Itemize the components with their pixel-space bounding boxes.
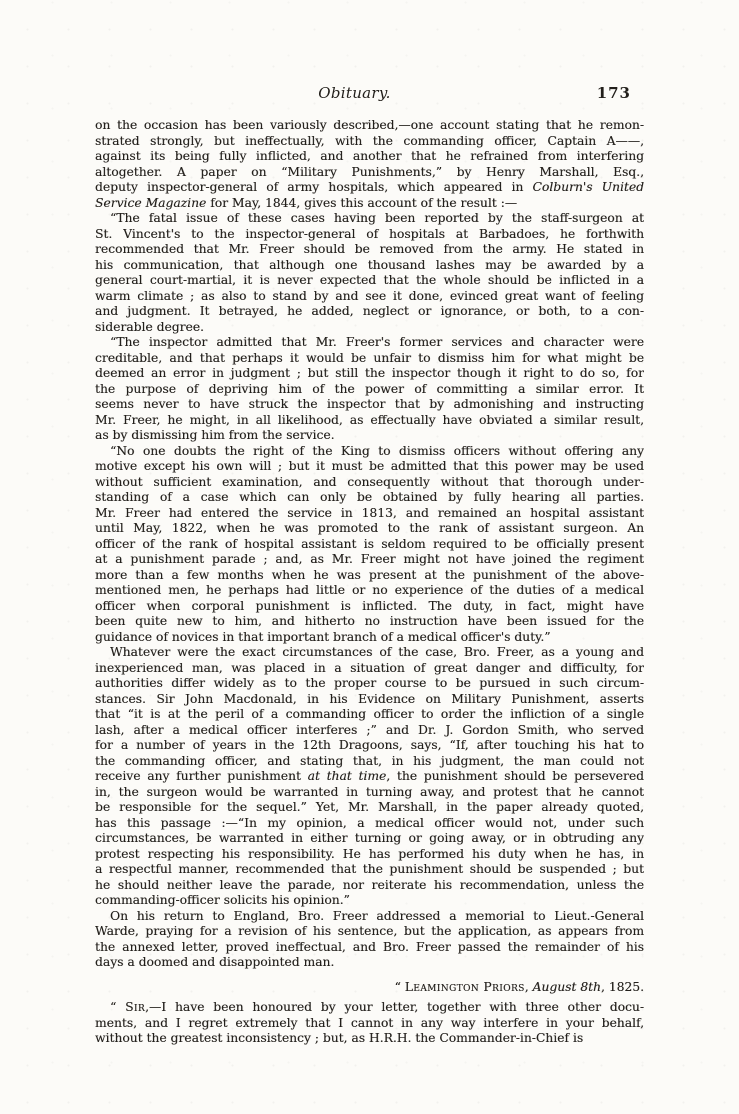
text-line: St. Vincent's to the inspector-general o… [95,227,644,243]
text-line: without the greatest inconsistency ; but… [95,1031,644,1047]
text-line: creditable, and that perhaps it would be… [95,351,644,367]
text-line: deemed an error in judgment ; but still … [95,366,644,382]
text-line: lash, after a medical officer interferes… [95,723,644,739]
text-line: ments, and I regret extremely that I can… [95,1016,644,1032]
paragraph-whatever-circumstances: Whatever were the exact circumstances of… [95,645,644,909]
text-line: “ Leamington Priors, August 8th, 1825. [95,980,644,996]
text-line: receive any further punishment at that t… [95,769,644,785]
paragraph-quote-fatal-issue: “The fatal issue of these cases having b… [95,211,644,335]
text-line: authorities differ widely as to the prop… [95,676,644,692]
text-line: recommended that Mr. Freer should be rem… [95,242,644,258]
text-line: officer of the rank of hospital assistan… [95,537,644,553]
paragraph-return-to-england: On his return to England, Bro. Freer add… [95,909,644,971]
text-line: his communication, that although one tho… [95,258,644,274]
text-line: Service Magazine for May, 1844, gives th… [95,196,644,212]
text-line: has this passage :—“In my opinion, a med… [95,816,644,832]
text-line: inexperienced man, was placed in a situa… [95,661,644,677]
text-line: siderable degree. [95,320,644,336]
text-line: stances. Sir John Macdonald, in his Evid… [95,692,644,708]
text-line: guidance of novices in that important br… [95,630,644,646]
text-line: general court-martial, it is never expec… [95,273,644,289]
text-line: seems never to have struck the inspector… [95,397,644,413]
text-line: be responsible for the sequel.” Yet, Mr.… [95,800,644,816]
text-line: circumstances, be warranted in either tu… [95,831,644,847]
text-line: a respectful manner, recommended that th… [95,862,644,878]
text-block: Obituary. 173 on the occasion has been v… [95,84,644,1047]
paragraph-quote-no-one-doubts: “No one doubts the right of the King to … [95,444,644,646]
text-line: mentioned men, he perhaps had little or … [95,583,644,599]
text-line: for a number of years in the 12th Dragoo… [95,738,644,754]
paragraph-letter-body: “ Sir,—I have been honoured by your lett… [95,1000,644,1047]
text-line: warm climate ; as also to stand by and s… [95,289,644,305]
text-line: on the occasion has been variously descr… [95,118,644,134]
text-line: altogether. A paper on “Military Punishm… [95,165,644,181]
text-line: “The fatal issue of these cases having b… [95,211,644,227]
letter-dateline: “ Leamington Priors, August 8th, 1825. [95,980,644,996]
text-line: in, the surgeon would be warranted in tu… [95,785,644,801]
text-line: the purpose of depriving him of the powe… [95,382,644,398]
document-page: Obituary. 173 on the occasion has been v… [0,0,739,1114]
text-line: Warde, praying for a revision of his sen… [95,924,644,940]
text-line: more than a few months when he was prese… [95,568,644,584]
page-number: 173 [597,84,631,102]
text-line: the annexed letter, proved ineffectual, … [95,940,644,956]
text-line: he should neither leave the parade, nor … [95,878,644,894]
text-line: strated strongly, but ineffectually, wit… [95,134,644,150]
text-line: Mr. Freer, he might, in all likelihood, … [95,413,644,429]
text-line: “No one doubts the right of the King to … [95,444,644,460]
text-line: “ Sir,—I have been honoured by your lett… [95,1000,644,1016]
paragraph-continuation: on the occasion has been variously descr… [95,118,644,211]
text-line: On his return to England, Bro. Freer add… [95,909,644,925]
text-line: as by dismissing him from the service. [95,428,644,444]
text-line: motive except his own will ; but it must… [95,459,644,475]
text-line: standing of a case which can only be obt… [95,490,644,506]
text-line: the commanding officer, and stating that… [95,754,644,770]
text-line: that “it is at the peril of a commanding… [95,707,644,723]
text-line: without sufficient examination, and cons… [95,475,644,491]
text-line: against its being fully inflicted, and a… [95,149,644,165]
text-line: “The inspector admitted that Mr. Freer's… [95,335,644,351]
page-body: on the occasion has been variously descr… [95,118,644,1047]
text-line: at a punishment parade ; and, as Mr. Fre… [95,552,644,568]
text-line: been quite new to him, and hitherto no i… [95,614,644,630]
text-line: Mr. Freer had entered the service in 181… [95,506,644,522]
running-head-title: Obituary. [95,84,614,102]
text-line: and judgment. It betrayed, he added, neg… [95,304,644,320]
text-line: Whatever were the exact circumstances of… [95,645,644,661]
text-line: until May, 1822, when he was promoted to… [95,521,644,537]
text-line: commanding-officer solicits his opinion.… [95,893,644,909]
page-header: Obituary. 173 [95,84,644,105]
text-line: protest respecting his responsibility. H… [95,847,644,863]
text-line: days a doomed and disappointed man. [95,955,644,971]
paragraph-quote-inspector-admitted: “The inspector admitted that Mr. Freer's… [95,335,644,444]
text-line: officer when corporal punishment is infl… [95,599,644,615]
text-line: deputy inspector-general of army hospita… [95,180,644,196]
